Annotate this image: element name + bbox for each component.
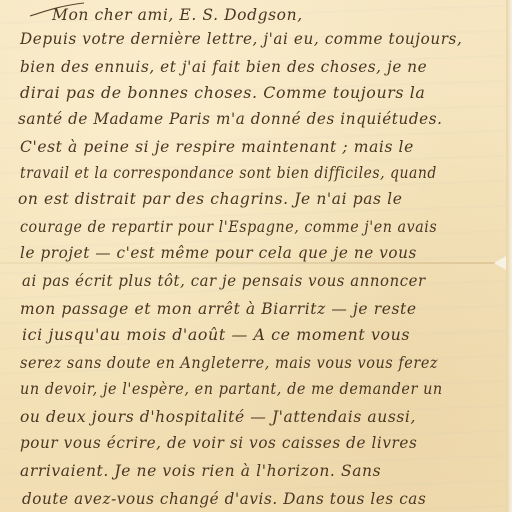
paper-edge-notch [494,256,506,270]
letter-line: bien des ennuis, et j'ai fait bien des c… [20,58,427,76]
letter-line: ai pas écrit plus tôt, car je pensais vo… [22,272,426,290]
letter-paper: Mon cher ami, E. S. Dodgson, Depuis votr… [0,0,506,512]
letter-line: santé de Madame Paris m'a donné des inqu… [18,110,443,128]
letter-line: pour vous écrire, de voir si vos caisses… [20,434,417,452]
letter-line: ici jusqu'au mois d'août — A ce moment v… [22,326,410,344]
paper-fold-crease [0,262,506,264]
letter-line: ou deux jours d'hospitalité — J'attendai… [20,408,416,426]
letter-line: serez sans doute en Angleterre, mais vou… [20,354,438,372]
letter-line: courage de repartir pour l'Espagne, comm… [20,218,437,236]
letter-line: le projet — c'est même pour cela que je … [20,244,417,262]
letter-line: on est distrait par des chagrins. Je n'a… [18,190,402,208]
letter-line: doute avez-vous changé d'avis. Dans tous… [22,490,426,508]
letter-line: un devoir, je l'espère, en partant, de m… [20,380,443,398]
letter-line: mon passage et mon arrêt à Biarritz — je… [20,300,417,318]
letter-line: dirai pas de bonnes choses. Comme toujou… [20,84,425,102]
paper-right-edge [506,0,512,512]
letter-line: C'est à peine si je respire maintenant ;… [20,138,414,156]
letter-line: travail et la correspondance sont bien d… [20,164,437,182]
letter-line: arrivaient. Je ne vois rien à l'horizon.… [20,462,381,480]
letter-salutation: Mon cher ami, E. S. Dodgson, [52,6,303,24]
letter-line: Depuis votre dernière lettre, j'ai eu, c… [20,30,462,48]
